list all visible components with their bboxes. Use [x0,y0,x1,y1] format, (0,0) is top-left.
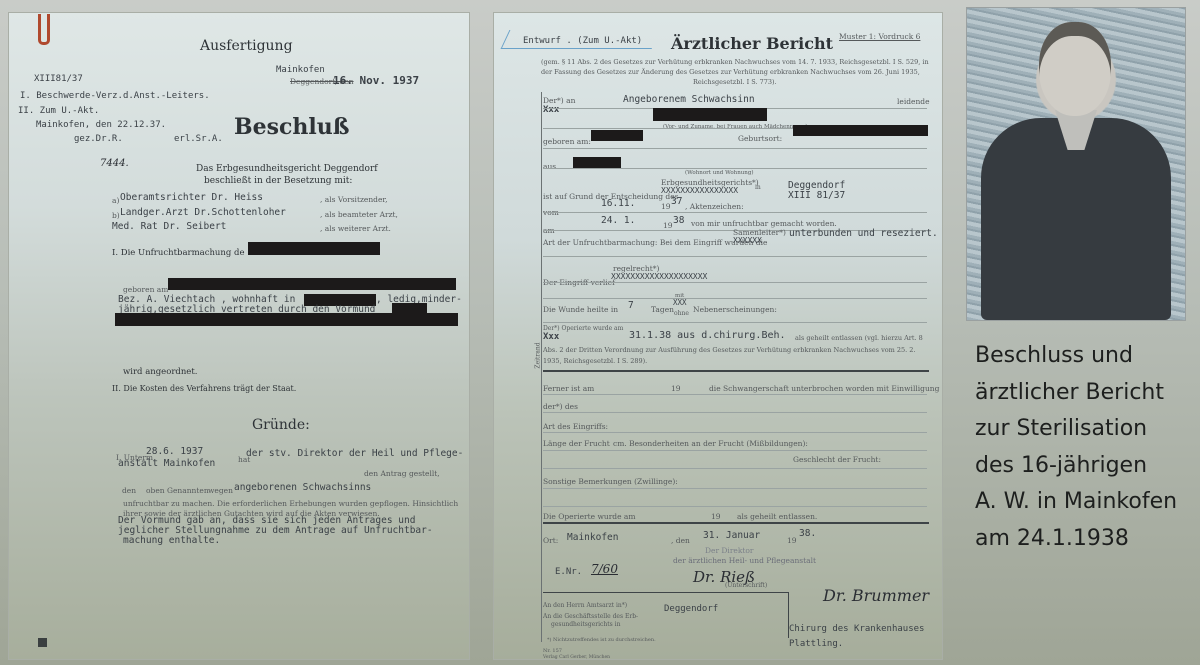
item-2-costs: II. Die Kosten des Verfahrens trägt der … [112,384,296,393]
redacted-birthdate [591,130,643,141]
member-role: , als weiterer Arzt. [320,224,391,233]
beschluss-document: Ausfertigung Mainkofen Deggendorf, den 1… [8,12,470,660]
exhibit-caption: Beschluss und ärztlicher Bericht zur Ste… [975,338,1200,557]
note-3: Mainkofen, den 22.12.37. [36,120,166,130]
caption-line: zur Sterilisation [975,411,1200,448]
archive-mark-icon [38,638,47,647]
draft-note: Entwurf . (Zum U.-Akt) [523,36,642,46]
signature-surgeon: Dr. Brummer [823,586,929,605]
enr-handwritten: 7/60 [591,562,618,576]
face [1039,22,1111,116]
redacted-birthplace [793,125,928,136]
reason-date: 28.6. 1937 [146,446,203,457]
member-role: , als beamteter Arzt, [320,210,398,219]
sterilization-date: 24. 1. [601,215,635,226]
handwritten-number: 7444. [100,158,129,169]
redacted-guardian-1 [392,303,427,313]
member-name: Landger.Arzt Dr.Schottenloher [120,207,286,218]
red-check-mark [38,14,50,45]
wound-days: 7 [628,300,634,311]
note-1: I. Beschwerde-Verz.d.Anst.-Leiters. [20,91,210,101]
redacted-name [248,242,380,255]
caption-line: Beschluss und [975,338,1200,375]
file-number: XIII81/37 [34,74,83,84]
recipient-place: Deggendorf [664,604,718,614]
surgeon-title: Chirurg des Krankenhauses [789,624,924,634]
ordered-text: wird angeordnet. [123,367,197,377]
stamp-line-2: der ärztlichen Heil- und Pflegeanstalt [673,556,816,565]
aerztlicher-bericht-document: Entwurf . (Zum U.-Akt) Ärztlicher Berich… [493,12,943,660]
sign-date: 31. Januar [703,530,760,541]
born-label: geboren am [123,285,168,294]
note-5: erl.Sr.A. [174,134,223,144]
sign-place: Mainkofen [567,532,618,543]
redacted-guardian-2 [115,313,458,326]
beschluss-title: Beschluß [234,114,349,140]
ausfertigung-header: Ausfertigung [200,38,293,54]
operated-typed: 31.1.38 aus d.chirurg.Beh. [629,330,786,341]
member-role: , als Vorsitzender, [320,195,388,204]
caption-line: ärztlicher Bericht [975,375,1200,412]
caption-line: am 24.1.1938 [975,521,1200,558]
method-typed: unterbunden und reseziert. [789,228,938,239]
surgeon-place: Plattling. [789,639,843,649]
court-line-2: beschließt in der Besetzung mit: [204,176,352,186]
item-1-label: I. Die Unfruchtbarmachung de [112,248,245,258]
decision-date: 16.11. [601,198,635,209]
note-2: II. Zum U.-Akt. [18,106,99,116]
note-4: gez.Dr.R. [74,134,123,144]
reason-typed-3: machung enthalte. [123,535,220,546]
place-typed: Mainkofen [276,65,325,75]
diagnosis: Angeborenem Schwachsinn [623,94,755,105]
reason-applicant-2: anstalt Mainkofen [118,458,215,469]
redacted-patient-name [653,108,767,121]
reasons-title: Gründe: [252,417,310,433]
reason-applicant: der stv. Direktor der Heil und Pflege- [246,448,463,459]
member-name: Oberamtsrichter Dr. Heiss [120,192,263,203]
caption-line: des 16-jährigen [975,448,1200,485]
decision-date: 16. Nov. 1937 [333,74,419,87]
form-number: Muster 1: Vordruck 6 [839,32,920,41]
redacted-birthdate [168,278,456,290]
portrait-photo [967,8,1185,320]
member-name: Med. Rat Dr. Seibert [112,221,226,232]
bericht-title: Ärztlicher Bericht [671,34,833,53]
stamp-line: Der Direktor [705,546,754,555]
court-line-1: Das Erbgesundheitsgericht Deggendorf [196,164,378,174]
redacted-residence [573,157,621,168]
caption-line: A. W. in Mainkofen [975,484,1200,521]
court-file-number: XIII 81/37 [788,190,845,201]
reason-diagnosis: angeborenen Schwachsinns [234,482,371,493]
